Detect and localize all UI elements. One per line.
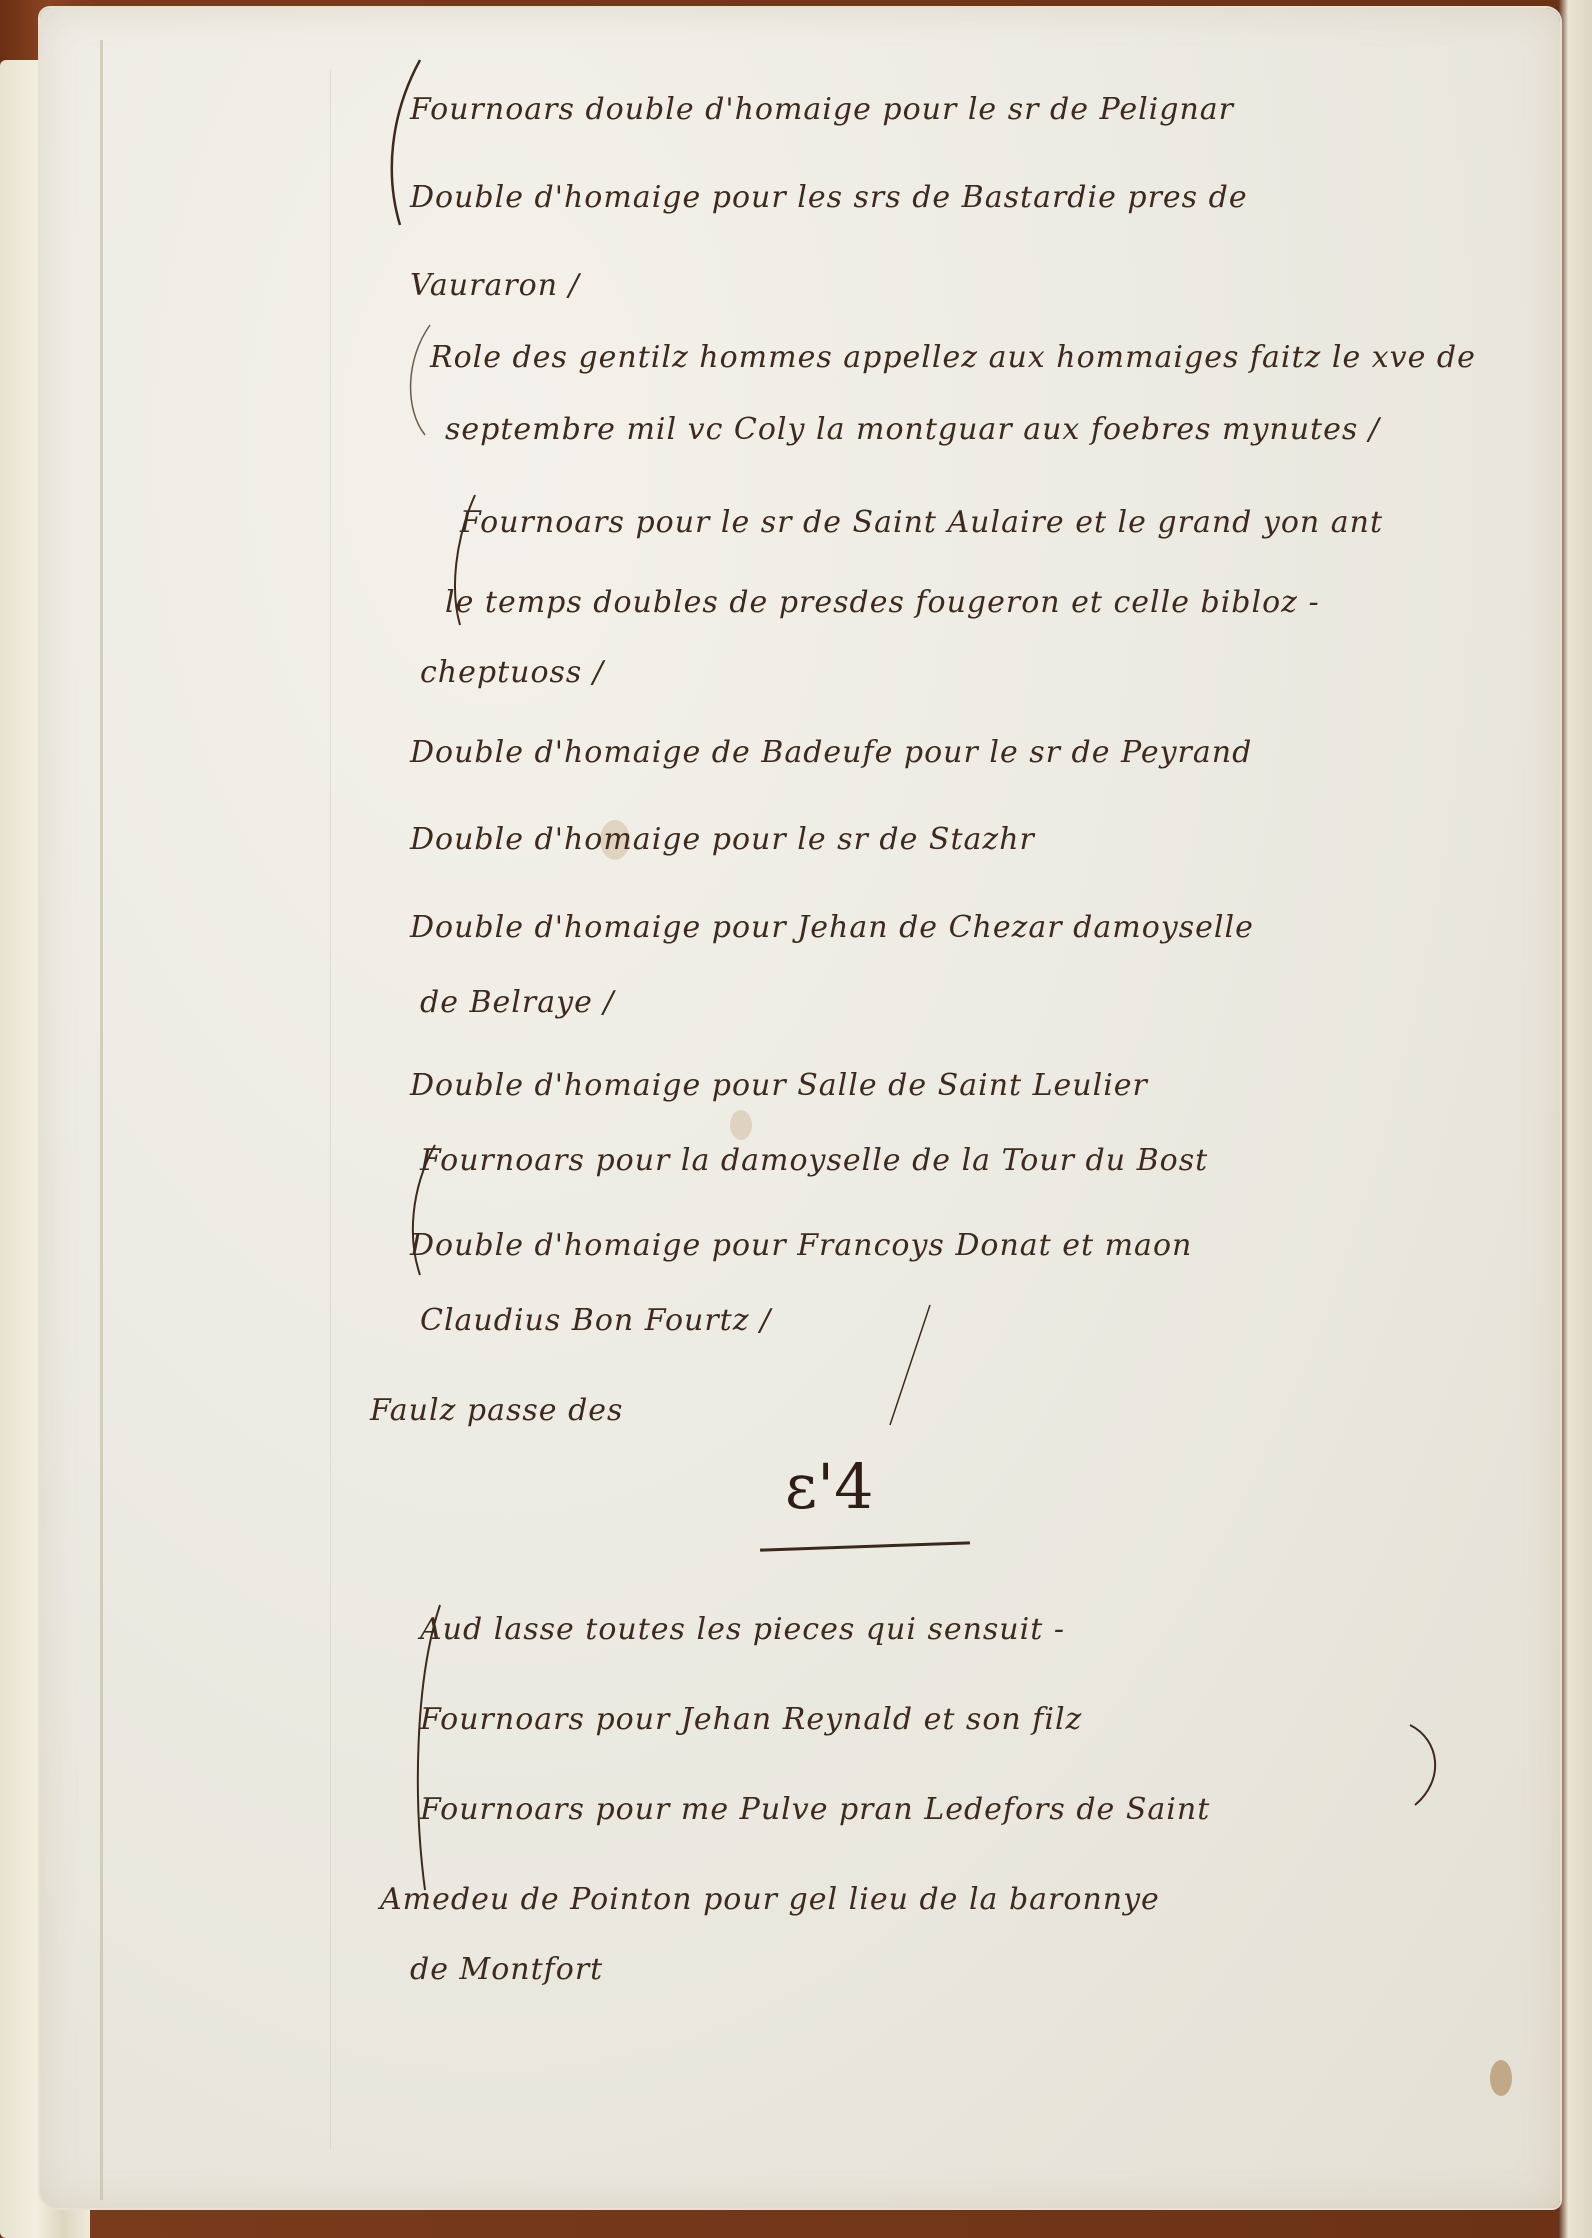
manuscript-line-12: de Belraye / (420, 985, 614, 1020)
manuscript-line-16: Claudius Bon Fourtz / (420, 1303, 771, 1338)
manuscript-line-13: Double d'homaige pour Salle de Saint Leu… (410, 1068, 1148, 1103)
manuscript-line-3: Vauraron / (410, 268, 580, 303)
ink-stain (730, 1110, 752, 1140)
manuscript-line-22: de Montfort (410, 1952, 603, 1987)
manuscript-line-1: Fournoars double d'homaige pour le sr de… (410, 92, 1234, 127)
manuscript-line-6: Fournoars pour le sr de Saint Aulaire et… (460, 505, 1383, 540)
section-marker: ε'4 (785, 1450, 874, 1523)
manuscript-line-17: Faulz passe des (370, 1393, 623, 1428)
capital-flourish-icon (440, 490, 490, 630)
manuscript-line-9: Double d'homaige de Badeufe pour le sr d… (410, 735, 1252, 770)
pen-stroke-slash-icon (880, 1300, 940, 1430)
capital-flourish-icon (405, 1600, 465, 1900)
manuscript-line-14: Fournoars pour la damoyselle de la Tour … (420, 1143, 1208, 1178)
manuscript-line-7: le temps doubles de presdes fougeron et … (445, 585, 1320, 620)
manuscript-line-21: Amedeu de Pointon pour gel lieu de la ba… (380, 1882, 1160, 1917)
capital-flourish-icon (400, 1140, 460, 1280)
underlying-page-stack-right (1558, 0, 1592, 2238)
manuscript-line-11: Double d'homaige pour Jehan de Chezar da… (410, 910, 1254, 945)
manuscript-page (40, 8, 1560, 2208)
manuscript-line-4: Role des gentilz hommes appellez aux hom… (430, 340, 1476, 375)
manuscript-line-10: Double d'homaige pour le sr de Stazhr (410, 822, 1035, 857)
manuscript-line-20: Fournoars pour me Pulve pran Ledefors de… (420, 1792, 1210, 1827)
pen-stroke-flourish-icon (1390, 1720, 1450, 1810)
manuscript-line-8: cheptuoss / (420, 655, 604, 690)
capital-flourish-icon (380, 55, 460, 235)
capital-flourish-icon (400, 320, 460, 440)
manuscript-line-18: Aud lasse toutes les pieces qui sensuit … (420, 1612, 1065, 1647)
manuscript-line-2: Double d'homaige pour les srs de Bastard… (410, 180, 1248, 215)
manuscript-line-15: Double d'homaige pour Francoys Donat et … (410, 1228, 1192, 1263)
manuscript-line-19: Fournoars pour Jehan Reynald et son filz (420, 1702, 1082, 1737)
page-edge-crease (40, 40, 103, 2200)
manuscript-line-5: septembre mil vc Coly la montguar aux fo… (445, 412, 1380, 447)
ink-stain (1490, 2060, 1512, 2096)
page-fold-line (330, 70, 331, 2150)
